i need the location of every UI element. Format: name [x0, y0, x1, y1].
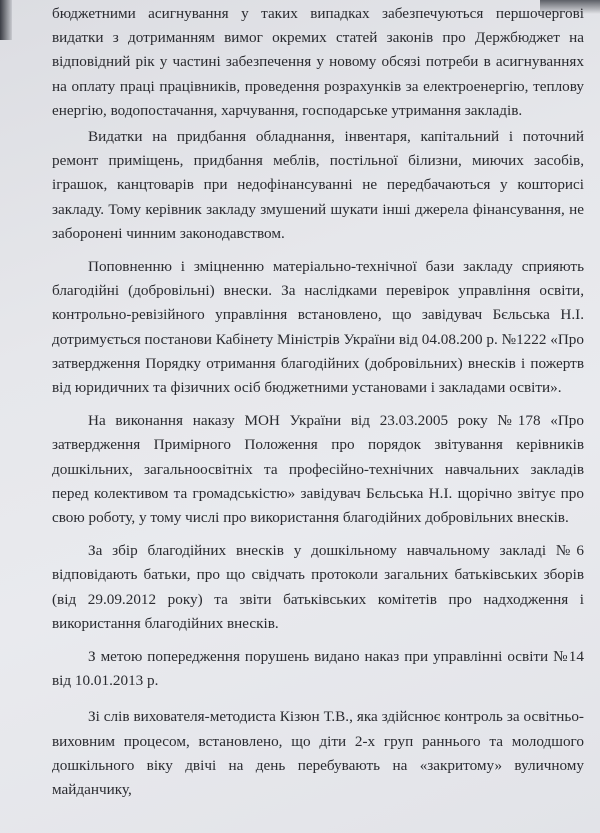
- document-page: бюджетними асигнування у таких випадках …: [52, 2, 584, 811]
- paragraph-methodologist: Зі слів вихователя-методиста Кізюн Т.В.,…: [52, 705, 584, 802]
- paragraph-charitable-contributions: Поповненню і зміцненню матеріально-техні…: [52, 255, 584, 400]
- paragraph-equipment-expenses: Видатки на придбання обладнання, інвента…: [52, 125, 584, 246]
- paragraph-prevention-order: З метою попередження порушень видано нак…: [52, 645, 584, 693]
- paragraph-budget-allocations: бюджетними асигнування у таких випадках …: [52, 2, 584, 123]
- paragraph-mon-order: На виконання наказу МОН України від 23.0…: [52, 409, 584, 530]
- paragraph-parents-collection: За збір благодійних внесків у дошкільном…: [52, 539, 584, 636]
- photo-edge-shadow: [0, 0, 12, 40]
